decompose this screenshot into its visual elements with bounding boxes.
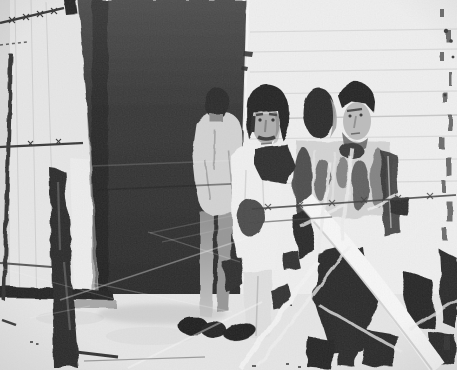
photo-canvas xyxy=(0,0,457,370)
photograph xyxy=(0,0,457,370)
grain-overlay xyxy=(0,0,457,370)
